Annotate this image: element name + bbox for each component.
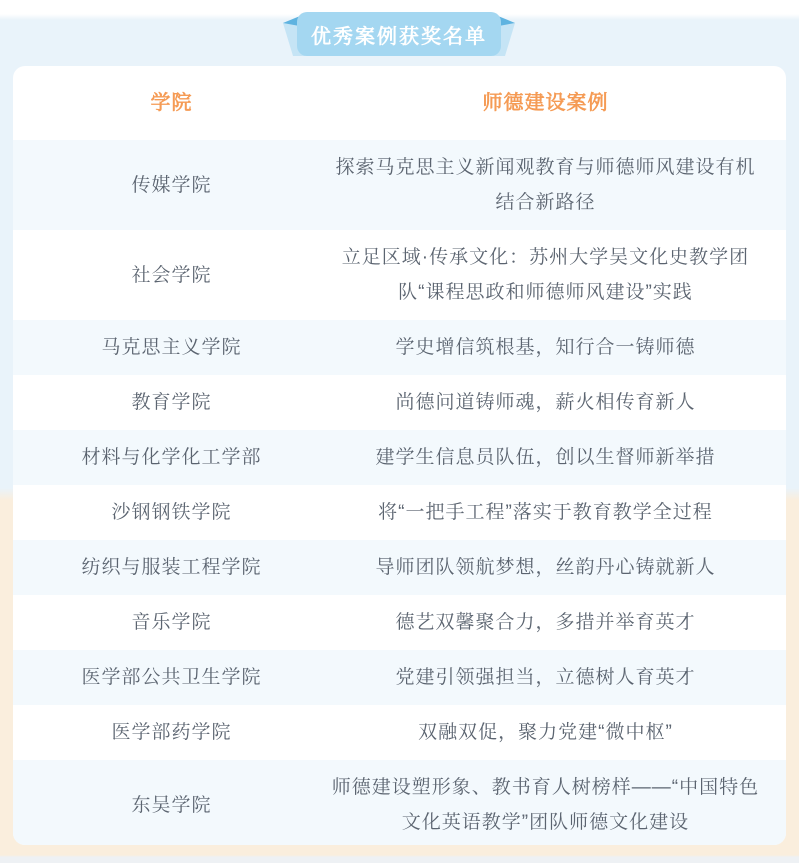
college-cell: 沙钢钢铁学院 (13, 495, 330, 530)
award-ribbon-banner: 优秀案例获奖名单 (283, 10, 515, 56)
table-row: 传媒学院 探索马克思主义新闻观教育与师德师风建设有机结合新路径 (13, 140, 786, 230)
case-cell: 立足区域·传承文化：苏州大学吴文化史教学团队“课程思政和师德师风建设”实践 (330, 240, 761, 310)
table-row: 沙钢钢铁学院 将“一把手工程”落实于教育教学全过程 (13, 485, 786, 540)
college-cell: 音乐学院 (13, 605, 330, 640)
case-cell-wrap: 立足区域·传承文化：苏州大学吴文化史教学团队“课程思政和师德师风建设”实践 (330, 240, 786, 310)
case-cell-wrap: 将“一把手工程”落实于教育教学全过程 (330, 495, 786, 530)
table-row: 音乐学院 德艺双馨聚合力，多措并举育英才 (13, 595, 786, 650)
case-cell: 导师团队领航梦想，丝韵丹心铸就新人 (375, 550, 715, 585)
table-row: 马克思主义学院 学史增信筑根基，知行合一铸师德 (13, 320, 786, 375)
college-cell: 社会学院 (13, 258, 330, 293)
college-cell: 传媒学院 (13, 168, 330, 203)
case-cell: 党建引领强担当，立德树人育英才 (395, 660, 695, 695)
case-cell-wrap: 建学生信息员队伍，创以生督师新举措 (330, 440, 786, 475)
table-row: 社会学院 立足区域·传承文化：苏州大学吴文化史教学团队“课程思政和师德师风建设”… (13, 230, 786, 320)
page: 优秀案例获奖名单 学院 师德建设案例 传媒学院 探索马克思主义新闻观教育与师德师… (0, 0, 799, 863)
case-cell-wrap: 导师团队领航梦想，丝韵丹心铸就新人 (330, 550, 786, 585)
college-column-header: 学院 (13, 86, 330, 121)
table-header-row: 学院 师德建设案例 (13, 66, 786, 140)
banner-title: 优秀案例获奖名单 (297, 12, 501, 56)
table-row: 东吴学院 师德建设塑形象、教书育人树榜样——“中国特色文化英语教学”团队师德文化… (13, 760, 786, 845)
case-cell-wrap: 师德建设塑形象、教书育人树榜样——“中国特色文化英语教学”团队师德文化建设 (330, 770, 786, 840)
case-cell: 尚德问道铸师魂，薪火相传育新人 (395, 385, 695, 420)
table-row: 材料与化学化工学部 建学生信息员队伍，创以生督师新举措 (13, 430, 786, 485)
college-cell: 医学部药学院 (13, 715, 330, 750)
table-row: 医学部公共卫生学院 党建引领强担当，立德树人育英才 (13, 650, 786, 705)
case-cell-wrap: 德艺双馨聚合力，多措并举育英才 (330, 605, 786, 640)
college-cell: 马克思主义学院 (13, 330, 330, 365)
award-table-card: 学院 师德建设案例 传媒学院 探索马克思主义新闻观教育与师德师风建设有机结合新路… (13, 66, 786, 845)
college-cell: 医学部公共卫生学院 (13, 660, 330, 695)
college-cell: 教育学院 (13, 385, 330, 420)
case-column-header: 师德建设案例 (330, 86, 786, 121)
case-cell: 将“一把手工程”落实于教育教学全过程 (378, 495, 713, 530)
table-row: 纺织与服装工程学院 导师团队领航梦想，丝韵丹心铸就新人 (13, 540, 786, 595)
case-cell: 双融双促，聚力党建“微中枢” (418, 715, 673, 750)
college-cell: 纺织与服装工程学院 (13, 550, 330, 585)
case-cell: 德艺双馨聚合力，多措并举育英才 (395, 605, 695, 640)
case-cell: 师德建设塑形象、教书育人树榜样——“中国特色文化英语教学”团队师德文化建设 (330, 770, 761, 840)
college-cell: 材料与化学化工学部 (13, 440, 330, 475)
case-cell: 学史增信筑根基，知行合一铸师德 (395, 330, 695, 365)
case-cell-wrap: 探索马克思主义新闻观教育与师德师风建设有机结合新路径 (330, 150, 786, 220)
case-cell-wrap: 尚德问道铸师魂，薪火相传育新人 (330, 385, 786, 420)
case-cell-wrap: 学史增信筑根基，知行合一铸师德 (330, 330, 786, 365)
college-cell: 东吴学院 (13, 788, 330, 823)
table-row: 教育学院 尚德问道铸师魂，薪火相传育新人 (13, 375, 786, 430)
case-cell-wrap: 双融双促，聚力党建“微中枢” (330, 715, 786, 750)
table-body: 传媒学院 探索马克思主义新闻观教育与师德师风建设有机结合新路径 社会学院 立足区… (13, 140, 786, 845)
table-row: 医学部药学院 双融双促，聚力党建“微中枢” (13, 705, 786, 760)
case-cell: 探索马克思主义新闻观教育与师德师风建设有机结合新路径 (330, 150, 761, 220)
case-cell-wrap: 党建引领强担当，立德树人育英才 (330, 660, 786, 695)
case-cell: 建学生信息员队伍，创以生督师新举措 (375, 440, 715, 475)
